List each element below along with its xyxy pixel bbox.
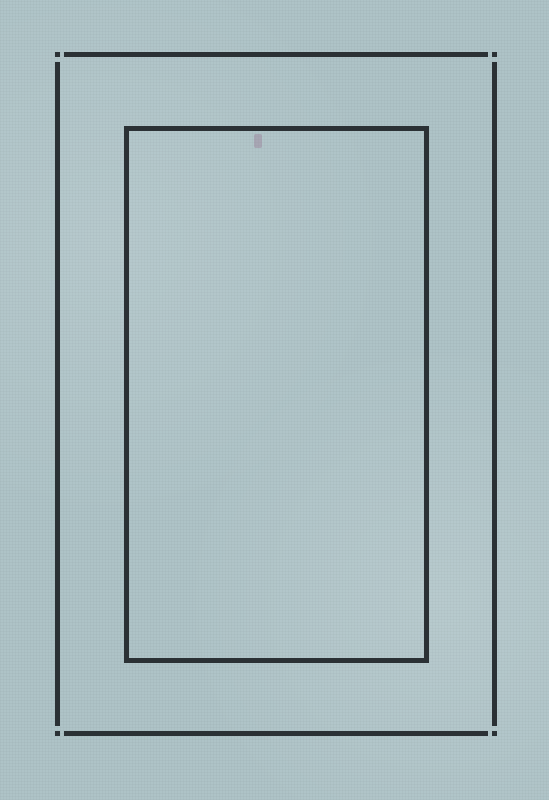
- book-cover: [0, 0, 549, 800]
- outer-frame-corner-bottom-right: [492, 731, 497, 736]
- outer-frame-corner-bottom-left: [55, 731, 60, 736]
- outer-frame-corner-top-left: [55, 52, 60, 57]
- inner-frame: [124, 126, 429, 663]
- outer-frame-corner-top-right: [492, 52, 497, 57]
- outer-frame-top: [64, 52, 488, 57]
- stain-mark: [254, 134, 262, 148]
- outer-frame-right: [492, 62, 497, 726]
- outer-frame-left: [55, 62, 60, 726]
- outer-frame-bottom: [64, 731, 488, 736]
